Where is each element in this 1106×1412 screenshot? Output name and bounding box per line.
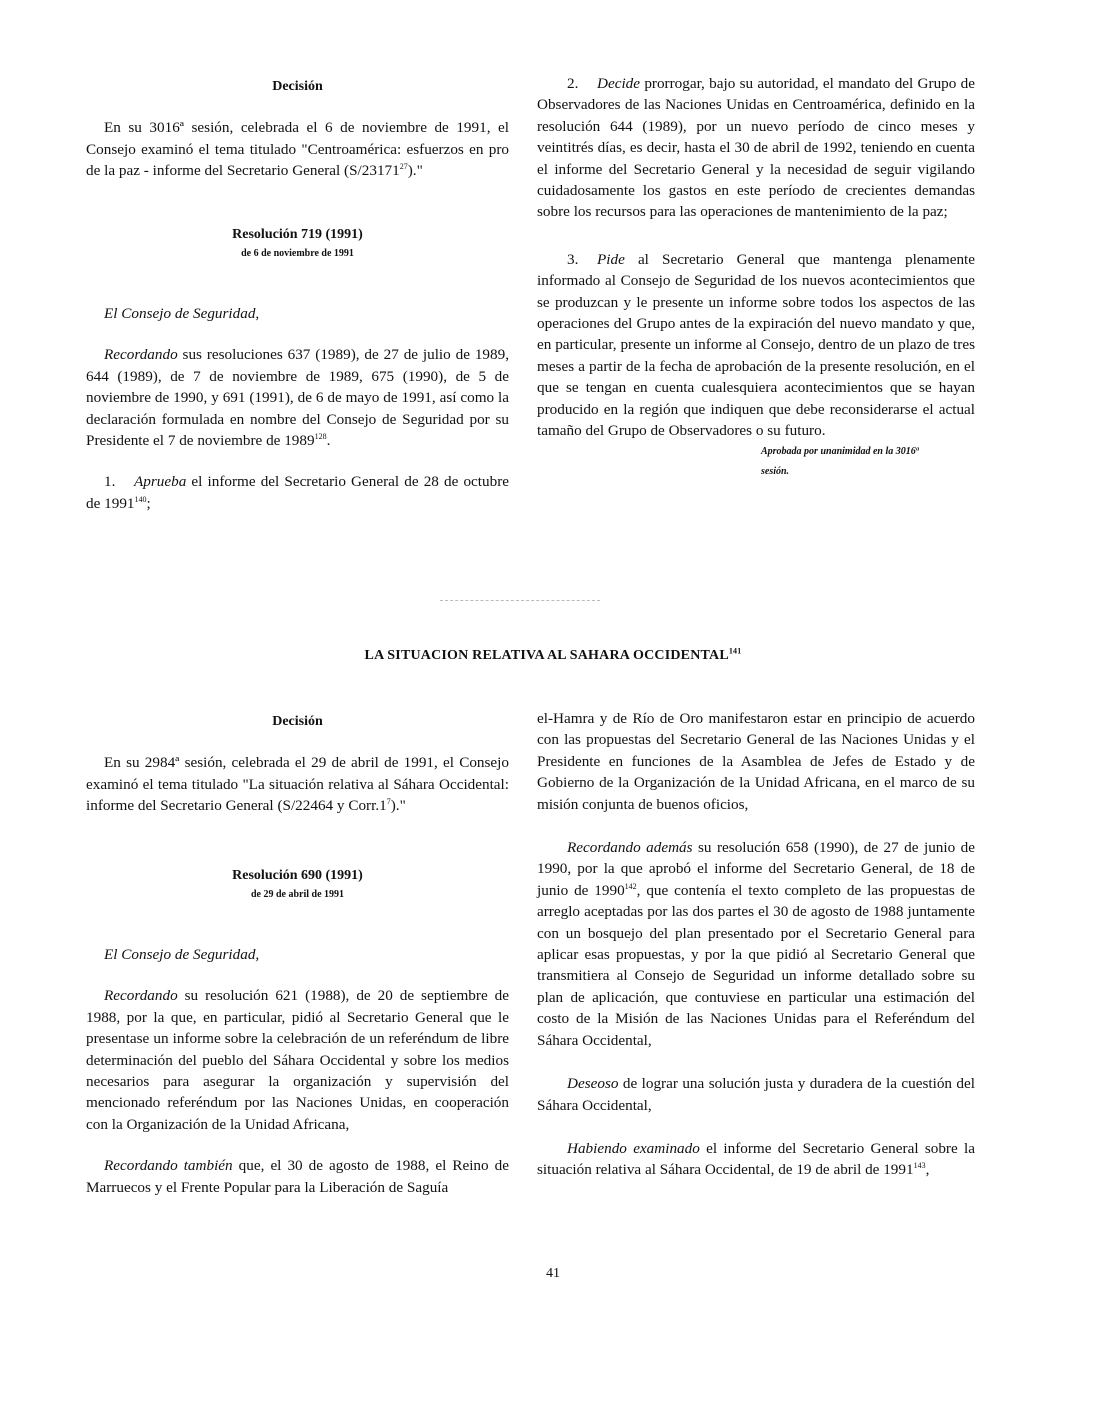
decision-paragraph: En su 3016ª sesión, celebrada el 6 de no… <box>86 117 509 181</box>
decision-text-end: )." <box>391 797 406 814</box>
desiring-italic: Deseoso <box>567 1075 618 1092</box>
council-line: El Consejo de Seguridad, <box>86 303 509 324</box>
adoption-note: Aprobada por unanimidad en la 3016ª sesi… <box>761 442 975 482</box>
decision-heading: Decisión <box>86 711 509 732</box>
having-examined-italic: Habiendo examinado <box>567 1140 700 1157</box>
p1-end: ; <box>147 495 151 512</box>
bottom-left-column: Decisión En su 2984ª sesión, celebrada e… <box>86 711 509 1198</box>
p2-text: prorrogar, bajo su autoridad, el mandato… <box>537 75 975 220</box>
recalling-also-paragraph: Recordando también que, el 30 de agosto … <box>86 1155 509 1198</box>
footnote-ref: 141 <box>729 646 742 655</box>
recalling-further-italic: Recordando además <box>567 839 693 856</box>
footnote-ref: 140 <box>135 495 147 504</box>
p1-italic: Aprueba <box>134 473 186 490</box>
recalling-paragraph: Recordando sus resoluciones 637 (1989), … <box>86 344 509 451</box>
recalling-paragraph: Recordando su resolución 621 (1988), de … <box>86 985 509 1135</box>
council-line: El Consejo de Seguridad, <box>86 944 509 965</box>
decision-text: En su 3016ª sesión, celebrada el 6 de no… <box>86 119 509 179</box>
decision-text: En su 2984ª sesión, celebrada el 29 de a… <box>86 754 509 814</box>
recalling-text: su resolución 621 (1988), de 20 de septi… <box>86 987 509 1132</box>
having-examined-paragraph: Habiendo examinado el informe del Secret… <box>537 1138 975 1181</box>
section-divider <box>440 600 600 602</box>
resolution-title: Resolución 690 (1991) <box>86 865 509 886</box>
page-number: 41 <box>0 1266 1106 1282</box>
footnote-ref: 27 <box>400 162 408 171</box>
resolution-date: de 6 de noviembre de 1991 <box>86 247 509 261</box>
recalling-end: . <box>327 432 331 449</box>
council-text: El Consejo de Seguridad, <box>104 946 259 963</box>
paragraph-number: 2. <box>567 73 597 94</box>
top-left-column: Decisión En su 3016ª sesión, celebrada e… <box>86 76 509 514</box>
desiring-paragraph: Deseoso de lograr una solución justa y d… <box>537 1073 975 1116</box>
resolution-title: Resolución 719 (1991) <box>86 224 509 245</box>
top-right-column: 2.Decide prorrogar, bajo su autoridad, e… <box>537 73 975 482</box>
recalling-further-paragraph: Recordando además su resolución 658 (199… <box>537 837 975 1051</box>
footnote-ref: 142 <box>625 882 637 891</box>
recalling-italic: Recordando <box>104 987 178 1004</box>
decision-text-end: )." <box>408 162 423 179</box>
operative-paragraph-2: 2.Decide prorrogar, bajo su autoridad, e… <box>537 73 975 223</box>
adoption-note-line-1: Aprobada por unanimidad en la 3016ª <box>761 442 975 462</box>
footnote-ref: 143 <box>914 1161 926 1170</box>
operative-paragraph-1: 1.Aprueba el informe del Secretario Gene… <box>86 471 509 514</box>
paragraph-number: 1. <box>104 471 134 492</box>
adoption-note-line-2: sesión. <box>761 462 975 482</box>
footnote-ref: 128 <box>315 432 327 441</box>
recalling-further-end: , que contenía el texto completo de las … <box>537 882 975 1049</box>
p2-italic: Decide <box>597 75 640 92</box>
operative-paragraph-3: 3.Pide al Secretario General que manteng… <box>537 249 975 442</box>
paragraph-number: 3. <box>567 249 597 270</box>
recalling-also-italic: Recordando también <box>104 1157 233 1174</box>
section-title: LA SITUACION RELATIVA AL SAHARA OCCIDENT… <box>0 648 1106 664</box>
continuation-paragraph: el-Hamra y de Río de Oro manifestaron es… <box>537 708 975 815</box>
council-text: El Consejo de Seguridad, <box>104 305 259 322</box>
decision-heading: Decisión <box>86 76 509 97</box>
having-examined-end: , <box>926 1161 930 1178</box>
section-title-text: LA SITUACION RELATIVA AL SAHARA OCCIDENT… <box>365 648 729 663</box>
resolution-date: de 29 de abril de 1991 <box>86 888 509 902</box>
p3-italic: Pide <box>597 251 625 268</box>
decision-paragraph: En su 2984ª sesión, celebrada el 29 de a… <box>86 752 509 816</box>
bottom-right-column: el-Hamra y de Río de Oro manifestaron es… <box>537 708 975 1181</box>
recalling-italic: Recordando <box>104 346 178 363</box>
p3-text: al Secretario General que mantenga plena… <box>537 251 975 439</box>
